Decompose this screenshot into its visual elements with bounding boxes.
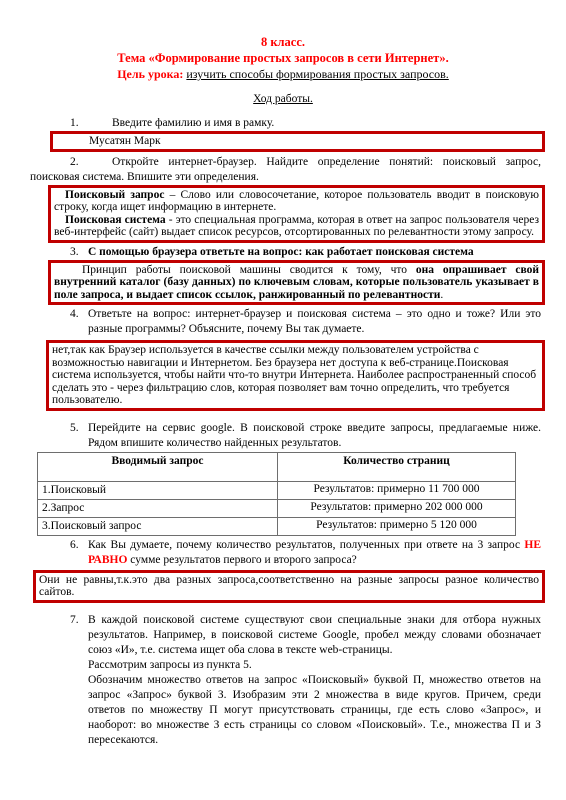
task-3-number: 3.: [70, 245, 79, 260]
result-cell[interactable]: Результатов: примерно 5 120 000: [278, 517, 516, 535]
browser-vs-engine-text: нет,так как Браузер используется в качес…: [52, 344, 539, 407]
principle-paragraph: Принцип работы поисковой машины сводится…: [54, 264, 539, 302]
task-3-text: С помощью браузера ответьте на вопрос: к…: [88, 246, 474, 258]
task-7-paragraph-1: В каждой поисковой системе существуют св…: [88, 613, 541, 658]
query-cell: 1.Поисковый: [38, 481, 278, 499]
principle-tail: .: [440, 289, 443, 301]
definition-query: Поисковый запрос – Слово или словосочета…: [54, 189, 539, 214]
task-7: 7. В каждой поисковой системе существуют…: [30, 613, 541, 748]
col-header-query: Вводимый запрос: [38, 452, 278, 481]
table-row: 1.Поисковый Результатов: примерно 11 700…: [38, 481, 516, 499]
task-2-number: 2.: [70, 155, 112, 170]
work-heading-line: Ход работы.: [0, 92, 566, 107]
topic-heading: Тема «Формирование простых запросов в се…: [0, 50, 566, 66]
student-name: Мусатян Марк: [89, 135, 539, 148]
task-3: 3.С помощью браузера ответьте на вопрос:…: [30, 245, 541, 260]
task-6: 6.Как Вы думаете, почему количество резу…: [30, 538, 541, 568]
query-cell: 2.Запрос: [38, 499, 278, 517]
task-7-paragraph-2: Рассмотрим запросы из пункта 5.: [88, 658, 541, 673]
table-row: 2.Запрос Результатов: примерно 202 000 0…: [38, 499, 516, 517]
task-6-after: сумме результатов первого и второго запр…: [127, 554, 356, 566]
task-5-text: Перейдите на сервис google. В поисковой …: [88, 422, 541, 449]
goal-text: изучить способы формирования простых зап…: [186, 67, 448, 81]
task-4-text: Ответьте на вопрос: интернет-браузер и п…: [88, 308, 541, 335]
table-header-row: Вводимый запрос Количество страниц: [38, 452, 516, 481]
result-cell[interactable]: Результатов: примерно 202 000 000: [278, 499, 516, 517]
answer-box-browser-vs-engine[interactable]: нет,так как Браузер используется в качес…: [46, 340, 545, 411]
task-1-text: Введите фамилию и имя в рамку.: [112, 117, 274, 129]
not-equal-text: Они не равны,т.к.это два разных запроса,…: [39, 574, 539, 599]
task-7-number: 7.: [70, 613, 79, 628]
task-5: 5.Перейдите на сервис google. В поисково…: [30, 421, 541, 451]
answer-box-not-equal[interactable]: Они не равны,т.к.это два разных запроса,…: [33, 570, 545, 603]
query-cell: 3.Поисковый запрос: [38, 517, 278, 535]
task-7-paragraph-3: Обозначим множество ответов на запрос «П…: [88, 673, 541, 748]
grade-heading: 8 класс.: [0, 34, 566, 50]
task-1: 1.Введите фамилию и имя в рамку.: [30, 116, 541, 131]
task-6-before: Как Вы думаете, почему количество резуль…: [88, 539, 524, 551]
result-cell[interactable]: Результатов: примерно 11 700 000: [278, 481, 516, 499]
work-heading: Ход работы.: [253, 93, 313, 105]
term-search-engine: Поисковая система: [65, 214, 166, 226]
query-results-table: Вводимый запрос Количество страниц 1.Пои…: [37, 452, 516, 536]
goal-line: Цель урока: изучить способы формирования…: [0, 66, 566, 82]
task-1-number: 1.: [70, 116, 112, 131]
col-header-count: Количество страниц: [278, 452, 516, 481]
task-4: 4.Ответьте на вопрос: интернет-браузер и…: [30, 307, 541, 337]
term-search-query: Поисковый запрос: [65, 189, 164, 201]
answer-box-definitions[interactable]: Поисковый запрос – Слово или словосочета…: [48, 185, 545, 243]
answer-box-principle[interactable]: Принцип работы поисковой машины сводится…: [48, 260, 545, 306]
definition-engine: Поисковая система - это специальная прог…: [54, 214, 539, 239]
task-2: 2.Откройте интернет-браузер. Найдите опр…: [30, 155, 541, 185]
principle-lead: Принцип работы поисковой машины сводится…: [82, 264, 416, 276]
goal-label: Цель урока: [117, 67, 179, 81]
answer-box-name[interactable]: Мусатян Марк: [50, 131, 545, 152]
worksheet-page: 8 класс. Тема «Формирование простых запр…: [0, 0, 566, 800]
task-5-number: 5.: [70, 421, 79, 436]
task-4-number: 4.: [70, 307, 79, 322]
task-6-number: 6.: [70, 538, 79, 553]
table-row: 3.Поисковый запрос Результатов: примерно…: [38, 517, 516, 535]
